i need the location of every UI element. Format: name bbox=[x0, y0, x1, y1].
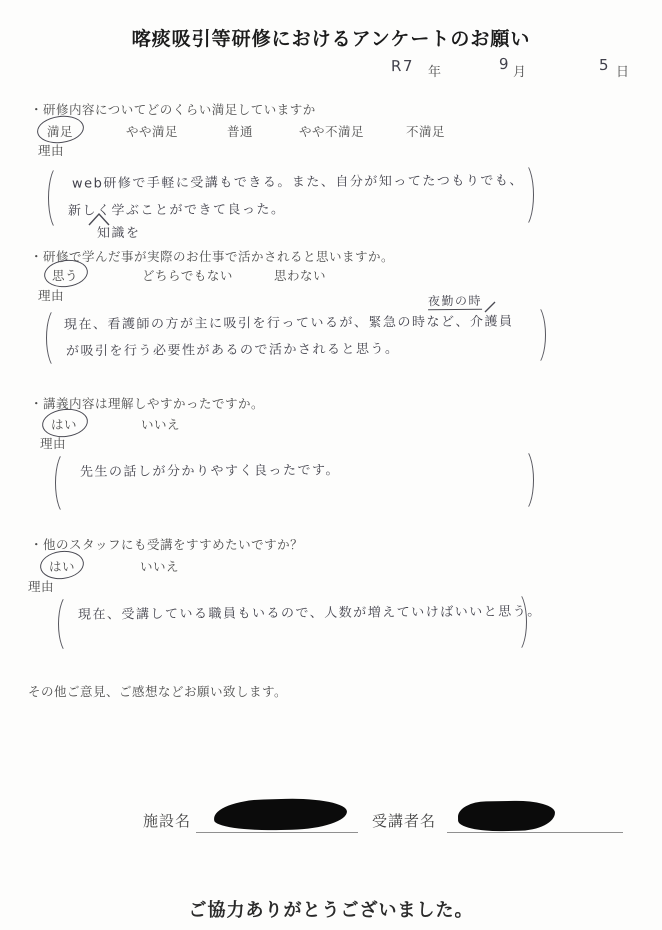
date-month-suffix: 月 bbox=[513, 61, 527, 80]
q1-answer-line1: web研修で手軽に受講もできる。また、自分が知ってたつもりでも、 bbox=[72, 169, 524, 191]
q3-option-hai: はい bbox=[51, 415, 77, 433]
q1-reason-label: 理由 bbox=[38, 141, 64, 159]
q4-answer-line1: 現在、受講している職員もいるので、人数が増えていけばいいと思う。 bbox=[78, 600, 542, 622]
q2-close-paren bbox=[524, 304, 546, 366]
q1-option-manzoku: 満足 bbox=[47, 122, 73, 140]
q3-close-paren bbox=[512, 448, 534, 512]
questionnaire-sheet: 喀痰吸引等研修におけるアンケートのお願い R7 年 9 月 5 日 ・研修内容に… bbox=[0, 0, 662, 930]
page-title: 喀痰吸引等研修におけるアンケートのお願い bbox=[0, 24, 662, 51]
date-month-value: 9 bbox=[499, 55, 510, 73]
q2-answer-line1: 現在、看護師の方が主に吸引を行っているが、緊急の時など、介護員 bbox=[64, 310, 514, 332]
q1-option-futsuu: 普通 bbox=[227, 122, 253, 140]
facility-name-label: 施設名 bbox=[143, 810, 191, 831]
question-1-text: ・研修内容についてどのくらい満足していますか bbox=[30, 100, 316, 118]
date-year-suffix: 年 bbox=[428, 61, 442, 80]
q2-option-dochirademonai: どちらでもない bbox=[142, 266, 233, 284]
question-4-text: ・他のスタッフにも受講をすすめたいですか？ bbox=[30, 535, 303, 553]
other-comments-label: その他ご意見、ご感想などお願い致します。 bbox=[28, 682, 287, 700]
date-year-value: R7 bbox=[391, 57, 414, 75]
q1-insertion-text: 知識を bbox=[97, 222, 141, 241]
q1-option-fumanzoku: 不満足 bbox=[406, 122, 445, 140]
q4-option-hai: はい bbox=[49, 557, 75, 575]
q1-option-yaya-fumanzoku: やや不満足 bbox=[299, 122, 364, 140]
q2-option-omowanai: 思わない bbox=[274, 266, 326, 284]
q1-open-paren bbox=[48, 165, 70, 231]
q3-answer-line1: 先生の話しが分かりやすく良ったです。 bbox=[80, 459, 340, 480]
attendee-name-label: 受講者名 bbox=[372, 810, 436, 831]
q4-open-paren bbox=[58, 594, 80, 654]
closing-thanks: ご協力ありがとうございました。 bbox=[0, 896, 662, 922]
q2-option-omou: 思う bbox=[52, 266, 78, 284]
q2-insertion-text: 夜勤の時 bbox=[428, 292, 482, 309]
date-day-suffix: 日 bbox=[616, 61, 630, 80]
q1-option-yaya-manzoku: やや満足 bbox=[126, 122, 178, 140]
q2-answer-line2: が吸引を行う必要性があるので活かされると思う。 bbox=[66, 338, 400, 359]
q3-option-iie: いいえ bbox=[141, 415, 180, 433]
question-2-text: ・研修で学んだ事が実際のお仕事で活かされると思いますか。 bbox=[30, 247, 394, 265]
q3-open-paren bbox=[55, 451, 77, 515]
q3-reason-label: 理由 bbox=[40, 434, 66, 452]
q4-option-iie: いいえ bbox=[140, 557, 179, 575]
q4-reason-label: 理由 bbox=[28, 577, 54, 595]
date-day-value: 5 bbox=[599, 56, 610, 74]
q2-reason-label: 理由 bbox=[38, 286, 64, 304]
